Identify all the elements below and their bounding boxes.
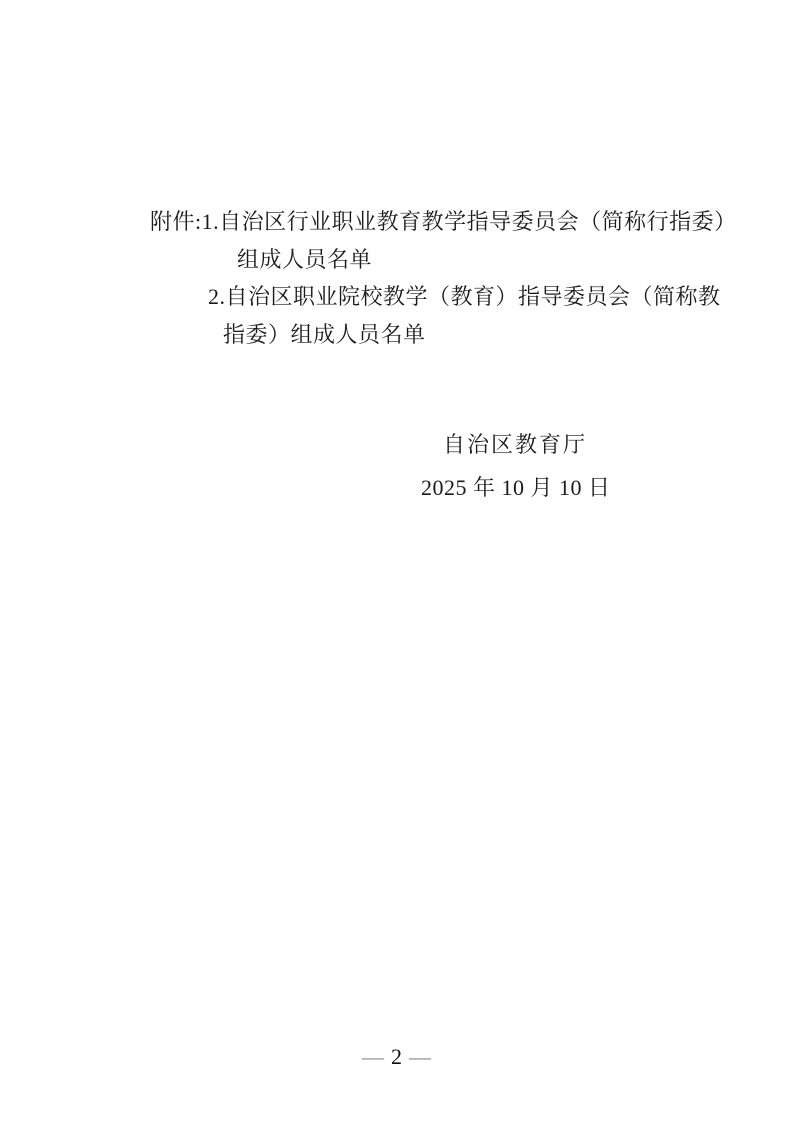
attachment-line-4: 指委）组成人员名单 [0,316,793,354]
page-footer: —2— [0,1044,793,1070]
footer-dash-left: — [362,1044,384,1069]
document-page: 附件:1.自治区行业职业教育教学指导委员会（简称行指委） 组成人员名单 2.自治… [0,0,793,1122]
footer-dash-right: — [409,1044,431,1069]
page-number: 2 [391,1044,402,1069]
attachment-line-2: 组成人员名单 [0,241,793,279]
issue-date: 2025 年 10 月 10 日 [421,475,611,501]
attachment-line-1: 附件:1.自治区行业职业教育教学指导委员会（简称行指委） [0,203,793,241]
attachment-list: 附件:1.自治区行业职业教育教学指导委员会（简称行指委） 组成人员名单 2.自治… [0,203,793,353]
issuer-name: 自治区教育厅 [443,432,587,458]
attachment-line-3: 2.自治区职业院校教学（教育）指导委员会（简称教 [0,278,793,316]
